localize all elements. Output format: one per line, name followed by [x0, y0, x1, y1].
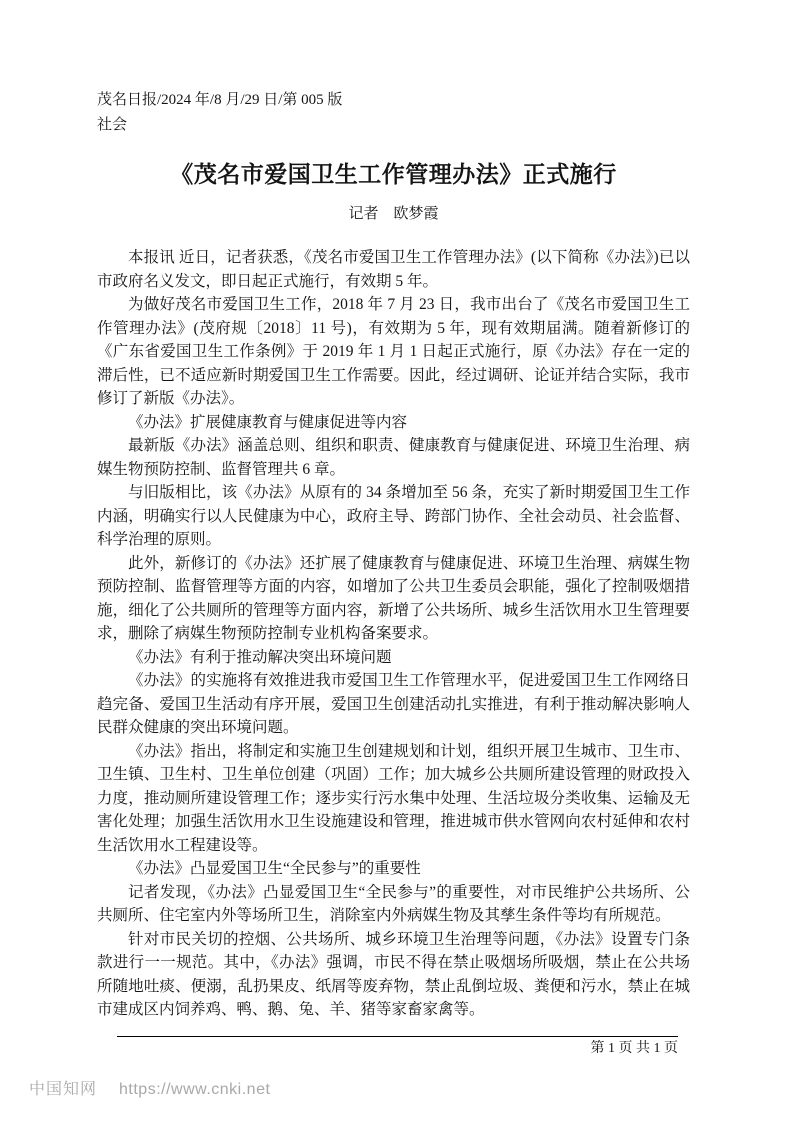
cnki-watermark: 中国知网https://www.cnki.net — [29, 1079, 270, 1101]
cnki-brand-label: 中国知网 — [29, 1081, 97, 1098]
body-paragraph: 此外，新修订的《办法》还扩展了健康教育与健康促进、环境卫生治理、病媒生物预防控制… — [97, 552, 690, 646]
article-title: 《茂名市爱国卫生工作管理办法》正式施行 — [97, 160, 690, 190]
body-paragraph: 记者发现，《办法》凸显爱国卫生“全民参与”的重要性，对市民维护公共场所、公共厕所… — [97, 881, 690, 928]
article-body: 本报讯 近日，记者获悉，《茂名市爱国卫生工作管理办法》(以下简称《办法》)已以市… — [97, 246, 690, 1022]
body-paragraph: 《办法》指出，将制定和实施卫生创建规划和计划，组织开展卫生城市、卫生市、卫生镇、… — [97, 740, 690, 858]
section-subheading: 《办法》凸显爱国卫生“全民参与”的重要性 — [97, 857, 690, 881]
section-subheading: 《办法》有利于推动解决突出环境问题 — [97, 646, 690, 670]
body-paragraph: 最新版《办法》涵盖总则、组织和职责、健康教育与健康促进、环境卫生治理、病媒生物预… — [97, 434, 690, 481]
byline: 记者 欧梦霞 — [97, 203, 690, 225]
document-header: 茂名日报/2024 年/8 月/29 日/第 005 版 社会 — [97, 0, 690, 138]
body-paragraph: 《办法》的实施将有效推进我市爱国卫生工作管理水平，促进爱国卫生工作网络日趋完备、… — [97, 669, 690, 740]
section-label: 社会 — [97, 113, 690, 138]
document-page: 茂名日报/2024 年/8 月/29 日/第 005 版 社会 《茂名市爱国卫生… — [0, 0, 794, 1123]
cnki-url-text: https://www.cnki.net — [119, 1081, 270, 1098]
footer-divider — [117, 1036, 678, 1037]
section-subheading: 《办法》扩展健康教育与健康促进等内容 — [97, 411, 690, 435]
source-line: 茂名日报/2024 年/8 月/29 日/第 005 版 — [97, 88, 690, 113]
body-paragraph: 为做好茂名市爱国卫生工作，2018 年 7 月 23 日，我市出台了《茂名市爱国… — [97, 293, 690, 411]
body-paragraph: 针对市民关切的控烟、公共场所、城乡环境卫生治理等问题，《办法》设置专门条款进行一… — [97, 928, 690, 1022]
page-indicator: 第 1 页 共 1 页 — [117, 1039, 678, 1059]
body-paragraph: 与旧版相比，该《办法》从原有的 34 条增加至 56 条，充实了新时期爱国卫生工… — [97, 481, 690, 552]
body-paragraph: 本报讯 近日，记者获悉，《茂名市爱国卫生工作管理办法》(以下简称《办法》)已以市… — [97, 246, 690, 293]
